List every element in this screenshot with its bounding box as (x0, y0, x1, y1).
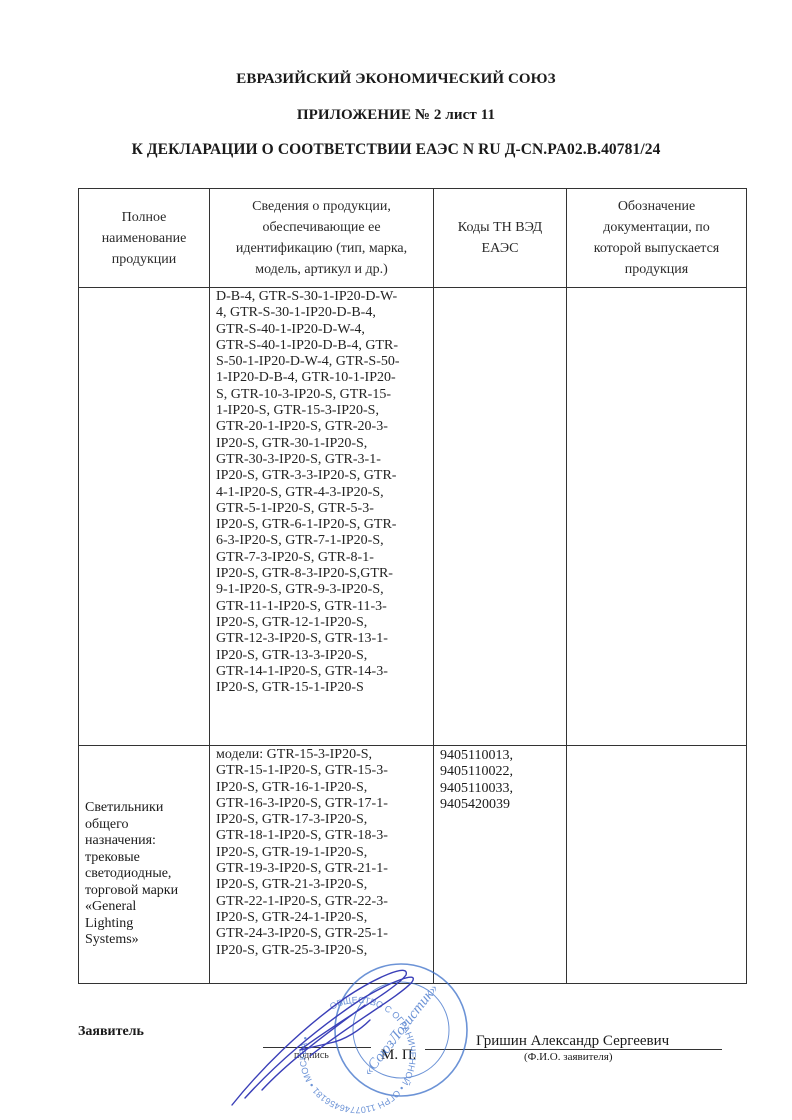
text-line: GTR-24-3-IP20-S, GTR-25-1- (216, 926, 427, 942)
product-models-cell: модели: GTR-15-3-IP20-S,GTR-15-1-IP20-S,… (210, 746, 434, 984)
text-line: 1-IP20-S, GTR-15-3-IP20-S, (216, 403, 427, 419)
text-line: IP20-S, GTR-13-3-IP20-S, (216, 648, 427, 664)
union-title: ЕВРАЗИЙСКИЙ ЭКОНОМИЧЕСКИЙ СОЮЗ (0, 71, 792, 88)
text-line: IP20-S, GTR-3-3-IP20-S, GTR- (216, 468, 427, 484)
text-line: GTR-14-1-IP20-S, GTR-14-3- (216, 664, 427, 680)
text-line: светодиодные, (85, 866, 205, 883)
text-line: GTR-16-3-IP20-S, GTR-17-1- (216, 796, 427, 812)
text-line: GTR-7-3-IP20-S, GTR-8-1- (216, 550, 427, 566)
signature-line (263, 1047, 371, 1048)
company-stamp-icon: «СоюзЛогистик» ОБЩЕСТВО С ОГРАНИЧЕННОЙ •… (298, 964, 467, 1115)
tn-ved-codes-cell: 9405110013,9405110022,9405110033,9405420… (434, 746, 567, 984)
text-line: IP20-S, GTR-6-1-IP20-S, GTR- (216, 517, 427, 533)
text-line: IP20-S, GTR-17-3-IP20-S, (216, 812, 427, 828)
text-line: модель, артикул и др.) (210, 259, 433, 280)
header-documentation: Обозначениедокументации, покоторой выпус… (567, 189, 747, 288)
header-product-info: Сведения о продукции,обеспечивающие ееид… (210, 189, 434, 288)
text-line: идентификацию (тип, марка, (210, 238, 433, 259)
tn-ved-codes-cell (434, 288, 567, 746)
table-header-row: Полноенаименованиепродукции Сведения о п… (79, 189, 747, 288)
table-row: Светильникиобщегоназначения:трековыесвет… (79, 746, 747, 984)
text-line: IP20-S, GTR-8-3-IP20-S,GTR- (216, 566, 427, 582)
text-line: Сведения о продукции, (210, 196, 433, 217)
name-caption: (Ф.И.О. заявителя) (524, 1051, 613, 1063)
text-line: 4, GTR-S-30-1-IP20-D-B-4, (216, 305, 427, 321)
documentation-cell (567, 288, 747, 746)
text-line: IP20-S, GTR-15-1-IP20-S (216, 680, 427, 696)
text-line: продукция (567, 259, 746, 280)
text-line: Обозначение (567, 196, 746, 217)
svg-text:«СоюзЛогистик»: «СоюзЛогистик» (360, 981, 442, 1079)
text-line: которой выпускается (567, 238, 746, 259)
appendix-title: ПРИЛОЖЕНИЕ № 2 лист 11 (0, 107, 792, 124)
text-line: IP20-S, GTR-24-1-IP20-S, (216, 910, 427, 926)
text-line: GTR-30-3-IP20-S, GTR-3-1- (216, 452, 427, 468)
text-line: трековые (85, 850, 205, 867)
text-line: 9405110033, (440, 781, 562, 797)
text-line: IP20-S, GTR-21-3-IP20-S, (216, 877, 427, 893)
header-tn-ved-codes: Коды ТН ВЭДЕАЭС (434, 189, 567, 288)
text-line: 1-IP20-D-B-4, GTR-10-1-IP20- (216, 370, 427, 386)
text-line: «General (85, 899, 205, 916)
text-line: 4-1-IP20-S, GTR-4-3-IP20-S, (216, 485, 427, 501)
text-line: Коды ТН ВЭД (434, 217, 566, 238)
text-line: IP20-S, GTR-12-1-IP20-S, (216, 615, 427, 631)
text-line: модели: GTR-15-3-IP20-S, (216, 747, 427, 763)
text-line: GTR-5-1-IP20-S, GTR-5-3- (216, 501, 427, 517)
text-line: ЕАЭС (434, 238, 566, 259)
product-name-cell: Светильникиобщегоназначения:трековыесвет… (79, 746, 210, 984)
applicant-name: Гришин Александр Сергеевич (476, 1033, 669, 1050)
text-line: 6-3-IP20-S, GTR-7-1-IP20-S, (216, 533, 427, 549)
text-line: продукции (79, 249, 209, 270)
text-line: Lighting (85, 916, 205, 933)
text-line: Systems» (85, 932, 205, 949)
signature-icon (232, 970, 413, 1105)
text-line: Светильники (85, 800, 205, 817)
text-line: GTR-18-1-IP20-S, GTR-18-3- (216, 828, 427, 844)
text-line: Полное (79, 207, 209, 228)
text-line: GTR-S-40-1-IP20-D-B-4, GTR- (216, 338, 427, 354)
text-line: наименование (79, 228, 209, 249)
table-row: D-B-4, GTR-S-30-1-IP20-D-W-4, GTR-S-30-1… (79, 288, 747, 746)
signature-caption: подпись (294, 1050, 329, 1061)
text-line: назначения: (85, 833, 205, 850)
text-line: S, GTR-10-3-IP20-S, GTR-15- (216, 387, 427, 403)
text-line: обеспечивающие ее (210, 217, 433, 238)
text-line: GTR-19-3-IP20-S, GTR-21-1- (216, 861, 427, 877)
text-line: IP20-S, GTR-19-1-IP20-S, (216, 845, 427, 861)
text-line: 9405110013, (440, 748, 562, 764)
header-product-name: Полноенаименованиепродукции (79, 189, 210, 288)
declaration-title: К ДЕКЛАРАЦИИ О СООТВЕТСТВИИ ЕАЭС N RU Д-… (0, 141, 792, 159)
text-line: GTR-20-1-IP20-S, GTR-20-3- (216, 419, 427, 435)
text-line: 9405420039 (440, 797, 562, 813)
text-line: D-B-4, GTR-S-30-1-IP20-D-W- (216, 289, 427, 305)
applicant-label: Заявитель (78, 1024, 144, 1040)
text-line: GTR-22-1-IP20-S, GTR-22-3- (216, 894, 427, 910)
text-line: S-50-1-IP20-D-W-4, GTR-S-50- (216, 354, 427, 370)
product-name-cell (79, 288, 210, 746)
text-line: IP20-S, GTR-16-1-IP20-S, (216, 780, 427, 796)
text-line: общего (85, 817, 205, 834)
text-line: GTR-15-1-IP20-S, GTR-15-3- (216, 763, 427, 779)
text-line: документации, по (567, 217, 746, 238)
documentation-cell (567, 746, 747, 984)
text-line: IP20-S, GTR-25-3-IP20-S, (216, 943, 427, 959)
text-line: GTR-12-3-IP20-S, GTR-13-1- (216, 631, 427, 647)
seal-label: М. П. (381, 1047, 416, 1064)
text-line: GTR-S-40-1-IP20-D-W-4, (216, 322, 427, 338)
text-line: 9-1-IP20-S, GTR-9-3-IP20-S, (216, 582, 427, 598)
text-line: IP20-S, GTR-30-1-IP20-S, (216, 436, 427, 452)
text-line: 9405110022, (440, 764, 562, 780)
product-table: Полноенаименованиепродукции Сведения о п… (78, 188, 747, 984)
product-models-cell: D-B-4, GTR-S-30-1-IP20-D-W-4, GTR-S-30-1… (210, 288, 434, 746)
text-line: GTR-11-1-IP20-S, GTR-11-3- (216, 599, 427, 615)
text-line: торговой марки (85, 883, 205, 900)
